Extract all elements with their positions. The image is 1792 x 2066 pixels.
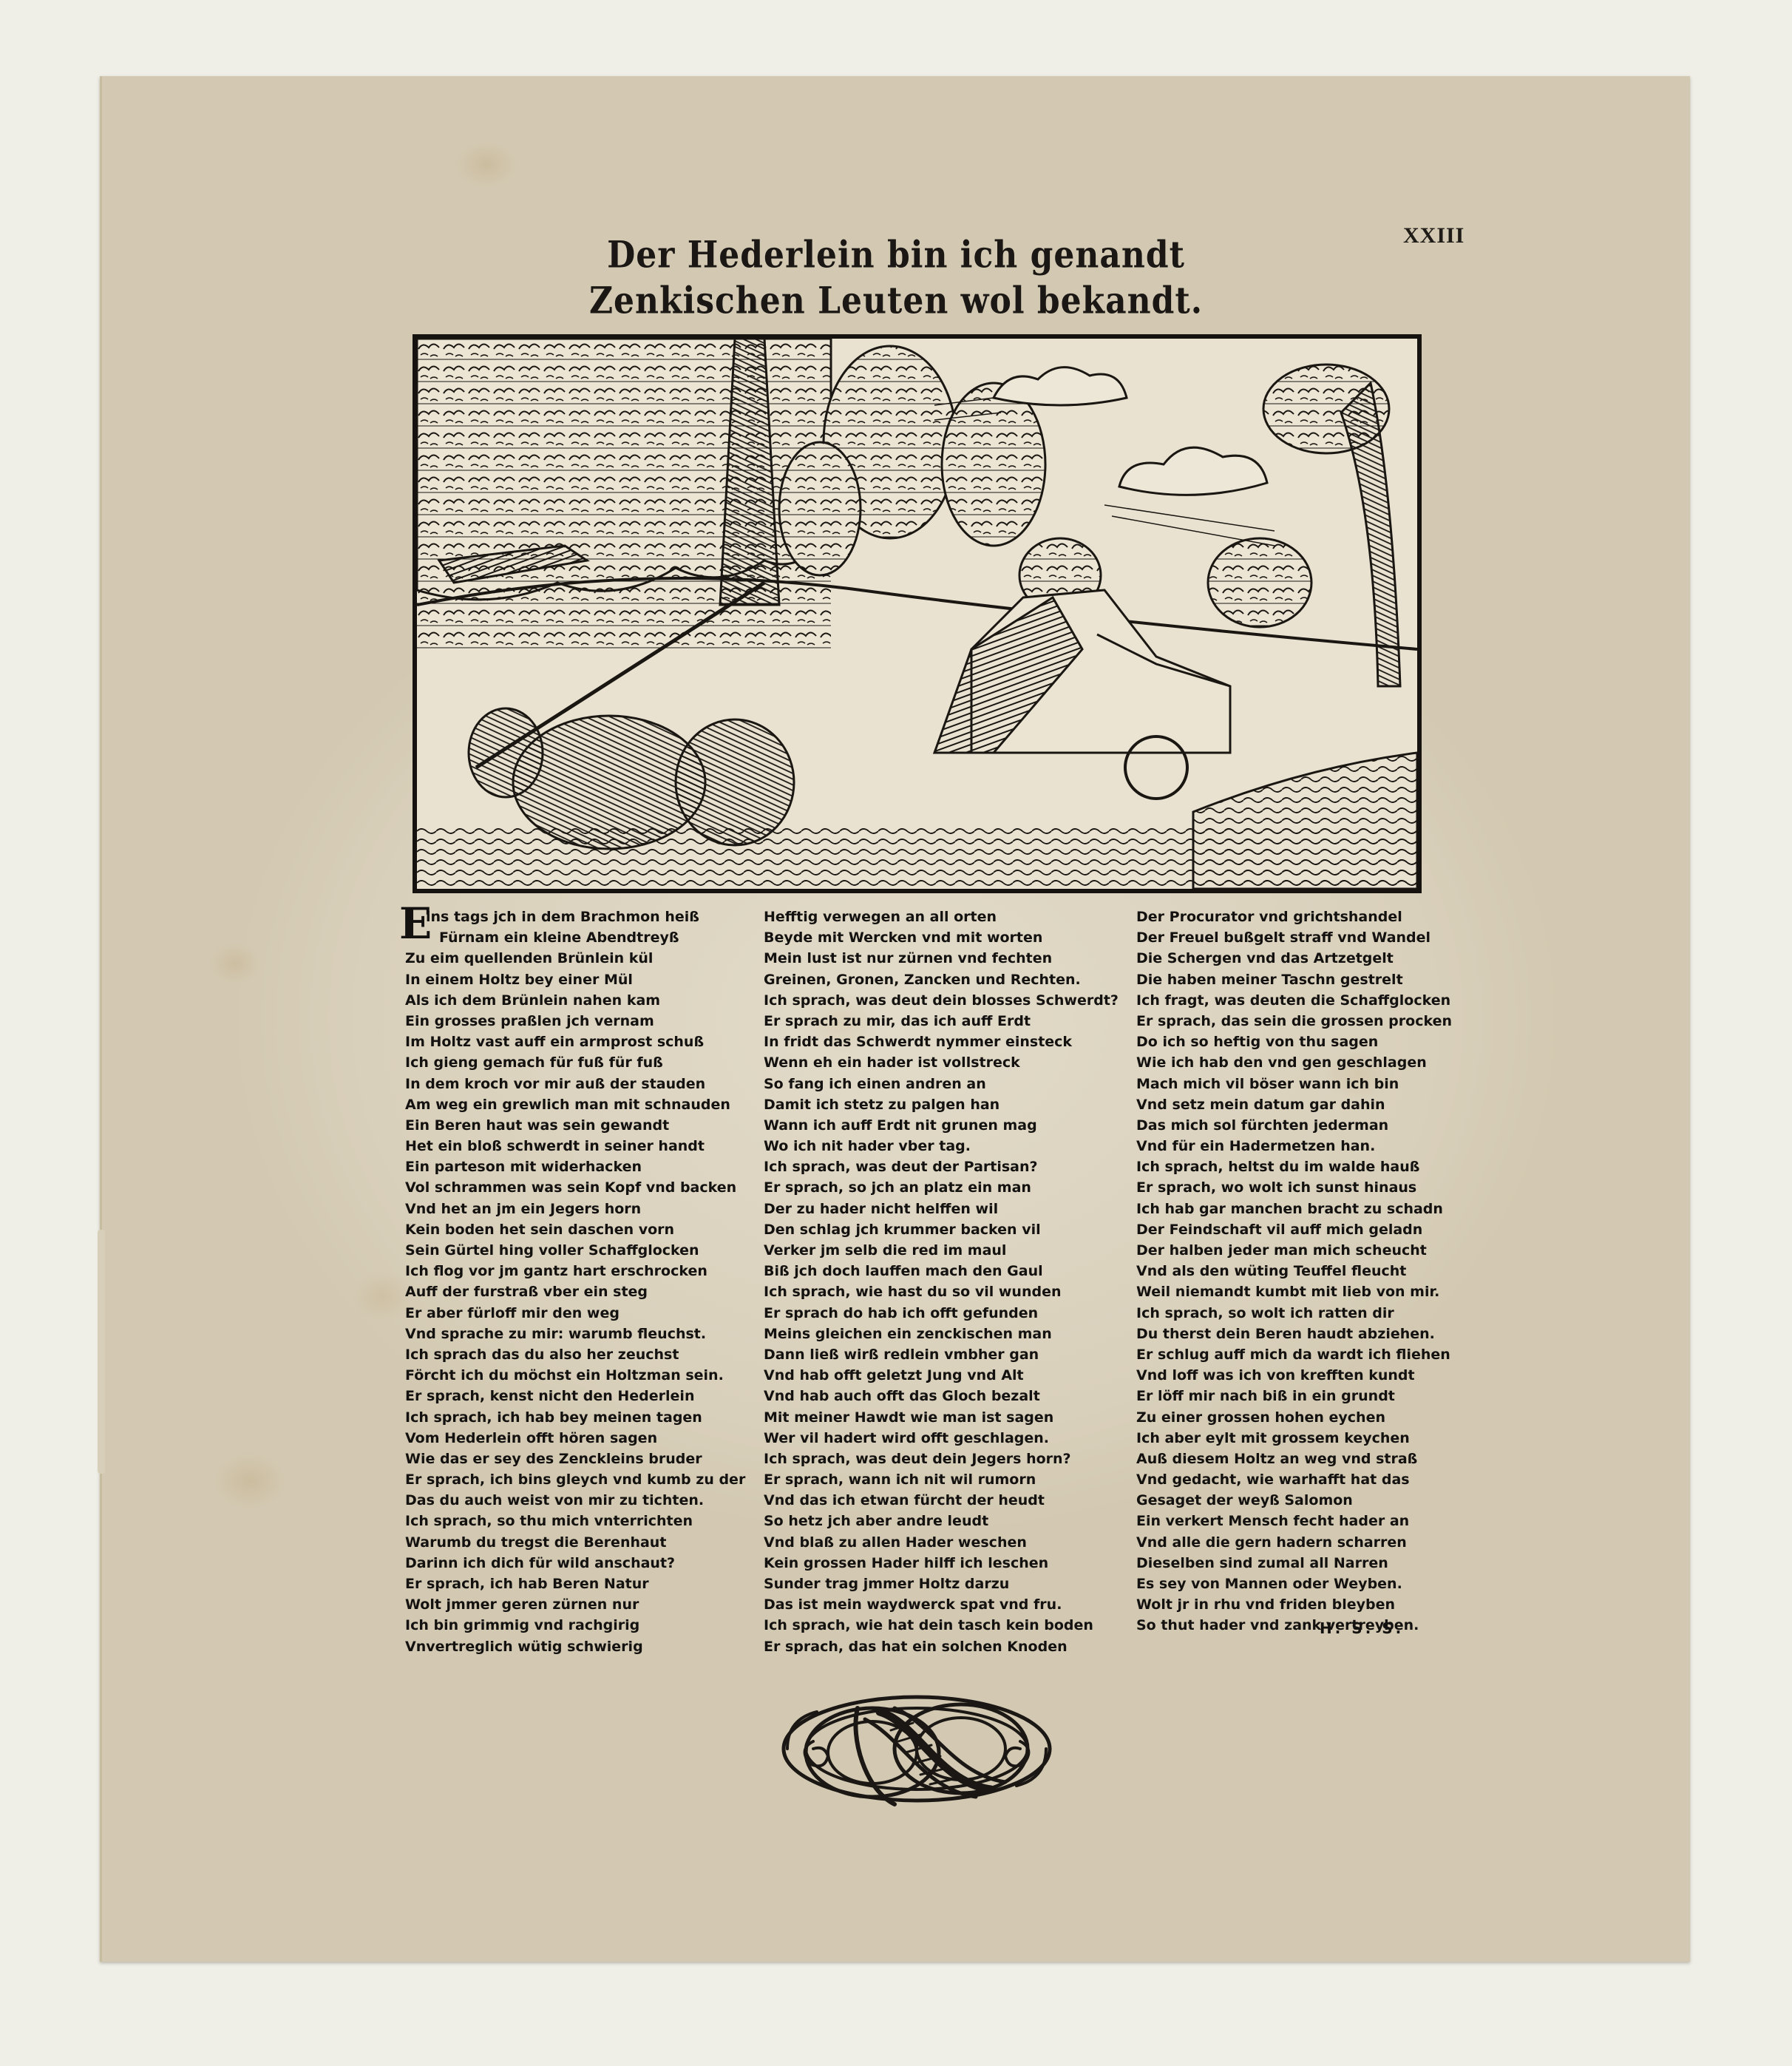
poem-line: Vnd loff was ich von krefften kundt xyxy=(1136,1365,1452,1386)
poem-line: Meins gleichen ein zenckischen man xyxy=(764,1324,1119,1344)
poem-line: Er sprach, wann ich nit wil rumorn xyxy=(764,1469,1119,1490)
poem-line: Do ich so heftig von thu sagen xyxy=(1136,1032,1452,1052)
poem-line: Vnd setz mein datum gar dahin xyxy=(1136,1094,1452,1115)
poem-line: Beyde mit Wercken vnd mit worten xyxy=(764,927,1119,948)
poem-line: Zu einer grossen hohen eychen xyxy=(1136,1407,1452,1428)
poem-line: Die Schergen vnd das Artzetgelt xyxy=(1136,948,1452,969)
poem-line: Wie das er sey des Zenckleins bruder xyxy=(405,1449,745,1469)
poem-line: Ein verkert Mensch fecht hader an xyxy=(1136,1511,1452,1531)
woodcut-illustration xyxy=(413,334,1422,893)
poem-line: Gesaget der weyß Salomon xyxy=(1136,1490,1452,1511)
poem-line: Die haben meiner Taschn gestrelt xyxy=(1136,969,1452,990)
poem-line: Ein parteson mit widerhacken xyxy=(405,1156,745,1177)
poem-line: Er sprach, kenst nicht den Hederlein xyxy=(405,1386,745,1406)
poem-line: Mein lust ist nur zürnen vnd fechten xyxy=(764,948,1119,969)
poem-line: Er sprach, das hat ein solchen Knoden xyxy=(764,1636,1119,1657)
author-signature: H. S. S. xyxy=(1320,1619,1404,1637)
poem-line: Der halben jeder man mich scheucht xyxy=(1136,1240,1452,1261)
poem-line: Am weg ein grewlich man mit schnauden xyxy=(405,1094,745,1115)
poem-line: Er löff mir nach biß in ein grundt xyxy=(1136,1386,1452,1406)
poem-line: Wann ich auff Erdt nit grunen mag xyxy=(764,1115,1119,1136)
poem-line: Das ist mein waydwerck spat vnd fru. xyxy=(764,1594,1119,1615)
poem-line: Wie ich hab den vnd gen geschlagen xyxy=(1136,1052,1452,1073)
poem-line: Ich sprach, was deut der Partisan? xyxy=(764,1156,1119,1177)
page-title: Der Hederlein bin ich genandt Zenkischen… xyxy=(0,233,1792,325)
poem-line: Ich sprach, heltst du im walde hauß xyxy=(1136,1156,1452,1177)
poem-line: In fridt das Schwerdt nymmer einsteck xyxy=(764,1032,1119,1052)
poem-line: Kein grossen Hader hilff ich leschen xyxy=(764,1553,1119,1574)
poem-line: Damit ich stetz zu palgen han xyxy=(764,1094,1119,1115)
poem-line: Er sprach, wo wolt ich sunst hinaus xyxy=(1136,1177,1452,1198)
poem-line: Auff der furstraß vber ein steg xyxy=(405,1281,745,1302)
poem-line: Ich flog vor jm gantz hart erschrocken xyxy=(405,1261,745,1281)
woodcut-landscape-icon xyxy=(417,339,1417,889)
poem-line: Darinn ich dich für wild anschaut? xyxy=(405,1553,745,1574)
poem-line: Wolt jr in rhu vnd friden bleyben xyxy=(1136,1594,1452,1615)
poem-line: Ich sprach das du also her zeuchst xyxy=(405,1344,745,1365)
poem-line: Dann ließ wirß redlein vmbher gan xyxy=(764,1344,1119,1365)
poem-line: Vnd blaß zu allen Hader weschen xyxy=(764,1532,1119,1553)
poem-line: Der Procurator vnd grichtshandel xyxy=(1136,907,1452,927)
poem-line: Hefftig verwegen an all orten xyxy=(764,907,1119,927)
poem-line: Dieselben sind zumal all Narren xyxy=(1136,1553,1452,1574)
poem-line: Den schlag jch krummer backen vil xyxy=(764,1219,1119,1240)
poem-line: Vom Hederlein offt hören sagen xyxy=(405,1428,745,1449)
poem-line: Er sprach, das sein die grossen procken xyxy=(1136,1011,1452,1032)
poem-line: Vnd hab offt geletzt Jung vnd Alt xyxy=(764,1365,1119,1386)
poem-line: Verker jm selb die red im maul xyxy=(764,1240,1119,1261)
poem-line: Ich sprach, was deut dein blosses Schwer… xyxy=(764,990,1119,1011)
poem-line: Warumb du tregst die Berenhaut xyxy=(405,1532,745,1553)
poem-line: Vnd hab auch offt das Gloch bezalt xyxy=(764,1386,1119,1406)
poem-line: Ich sprach, was deut dein Jegers horn? xyxy=(764,1449,1119,1469)
poem-line: Er sprach do hab ich offt gefunden xyxy=(764,1303,1119,1324)
poem-line: Zu eim quellenden Brünlein kül xyxy=(405,948,745,969)
poem-line: Ich sprach, ich hab bey meinen tagen xyxy=(405,1407,745,1428)
poem-line: So hetz jch aber andre leudt xyxy=(764,1511,1119,1531)
title-line-2: Zenkischen Leuten wol bekandt. xyxy=(0,276,1792,327)
poem-line: Er schlug auff mich da wardt ich fliehen xyxy=(1136,1344,1452,1365)
title-line-1: Der Hederlein bin ich genandt xyxy=(0,230,1792,281)
calligraphic-flourish-ornament xyxy=(769,1679,1065,1819)
poem-column-2: Hefftig verwegen an all orten Beyde mit … xyxy=(764,907,1119,1657)
poem-line: Wenn eh ein hader ist vollstreck xyxy=(764,1052,1119,1073)
poem-line: Er sprach, ich bins gleych vnd kumb zu d… xyxy=(405,1469,745,1490)
poem-line: Der zu hader nicht helffen wil xyxy=(764,1199,1119,1219)
poem-line: Ein grosses praßlen jch vernam xyxy=(405,1011,745,1032)
poem-line: Ich sprach, so thu mich vnterrichten xyxy=(405,1511,745,1531)
poem-line: Wolt jmmer geren zürnen nur xyxy=(405,1594,745,1615)
poem-line: Vnd für ein Hadermetzen han. xyxy=(1136,1136,1452,1156)
poem-line: Du therst dein Beren haudt abziehen. xyxy=(1136,1324,1452,1344)
poem-line: Ich bin grimmig vnd rachgirig xyxy=(405,1615,745,1636)
poem-line: Ich gieng gemach für fuß für fuß xyxy=(405,1052,745,1073)
poem-line: Het ein bloß schwerdt in seiner handt xyxy=(405,1136,745,1156)
poem-line: Vnd das ich etwan fürcht der heudt xyxy=(764,1490,1119,1511)
poem-line: In einem Holtz bey einer Mül xyxy=(405,969,745,990)
poem-line: Als ich dem Brünlein nahen kam xyxy=(405,990,745,1011)
poem-line: In dem kroch vor mir auß der stauden xyxy=(405,1074,745,1094)
poem-line: Ich aber eylt mit grossem keychen xyxy=(1136,1428,1452,1449)
poem-line: So fang ich einen andren an xyxy=(764,1074,1119,1094)
poem-line: Ein Beren haut was sein gewandt xyxy=(405,1115,745,1136)
poem-line: Förcht ich du möchst ein Holtzman sein. xyxy=(405,1365,745,1386)
poem-line: Ich fragt, was deuten die Schaffglocken xyxy=(1136,990,1452,1011)
poem-line: Vnvertreglich wütig schwierig xyxy=(405,1636,745,1657)
poem-line: Ich sprach, so wolt ich ratten dir xyxy=(1136,1303,1452,1324)
poem-line: Fürnam ein kleine Abendtreyß xyxy=(405,927,745,948)
poem-column-3: Der Procurator vnd grichtshandel Der Fre… xyxy=(1136,907,1452,1636)
flourish-icon xyxy=(769,1679,1065,1819)
poem-line: Ich sprach, wie hat dein tasch kein bode… xyxy=(764,1615,1119,1636)
poem-line: Wer vil hadert wird offt geschlagen. xyxy=(764,1428,1119,1449)
poem-line: Der Freuel bußgelt straff vnd Wandel xyxy=(1136,927,1452,948)
poem-line: Auß diesem Holtz an weg vnd straß xyxy=(1136,1449,1452,1469)
poem-line: Vnd het an jm ein Jegers horn xyxy=(405,1199,745,1219)
poem-line: Vnd sprache zu mir: warumb fleuchst. xyxy=(405,1324,745,1344)
poem-line: Vnd als den wüting Teuffel fleucht xyxy=(1136,1261,1452,1281)
poem-line: Vnd gedacht, wie warhafft hat das xyxy=(1136,1469,1452,1490)
poem-line: Wo ich nit hader vber tag. xyxy=(764,1136,1119,1156)
poem-line: Das mich sol fürchten jederman xyxy=(1136,1115,1452,1136)
poem-line: Das du auch weist von mir zu tichten. xyxy=(405,1490,745,1511)
poem-line: Im Holtz vast auff ein armprost schuß xyxy=(405,1032,745,1052)
poem-line: Greinen, Gronen, Zancken und Rechten. xyxy=(764,969,1119,990)
poem-line: Sunder trag jmmer Holtz darzu xyxy=(764,1574,1119,1594)
poem-line: Er sprach, so jch an platz ein man xyxy=(764,1177,1119,1198)
poem-line: Kein boden het sein daschen vorn xyxy=(405,1219,745,1240)
poem-line: Mach mich vil böser wann ich bin xyxy=(1136,1074,1452,1094)
poem-line: Vol schrammen was sein Kopf vnd backen xyxy=(405,1177,745,1198)
poem-line: Ich hab gar manchen bracht zu schadn xyxy=(1136,1199,1452,1219)
poem-line: Er aber fürloff mir den weg xyxy=(405,1303,745,1324)
poem-line: Ich sprach, wie hast du so vil wunden xyxy=(764,1281,1119,1302)
poem-line: Mit meiner Hawdt wie man ist sagen xyxy=(764,1407,1119,1428)
poem-line: Der Feindschaft vil auff mich geladn xyxy=(1136,1219,1452,1240)
poem-line: Er sprach zu mir, das ich auff Erdt xyxy=(764,1011,1119,1032)
drop-cap: E xyxy=(399,902,432,945)
poem-line: Biß jch doch lauffen mach den Gaul xyxy=(764,1261,1119,1281)
poem-line: Vnd alle die gern hadern scharren xyxy=(1136,1532,1452,1553)
poem-line: Weil niemandt kumbt mit lieb von mir. xyxy=(1136,1281,1452,1302)
poem-line: Sein Gürtel hing voller Schaffglocken xyxy=(405,1240,745,1261)
poem-column-1: E ins tags jch in dem Brachmon heiß Fürn… xyxy=(405,907,745,1657)
poem-line: ins tags jch in dem Brachmon heiß xyxy=(405,907,745,927)
poem-line: Er sprach, ich hab Beren Natur xyxy=(405,1574,745,1594)
poem-line: So thut hader vnd zank vertreyben. xyxy=(1136,1615,1452,1636)
poem-line: Es sey von Mannen oder Weyben. xyxy=(1136,1574,1452,1594)
